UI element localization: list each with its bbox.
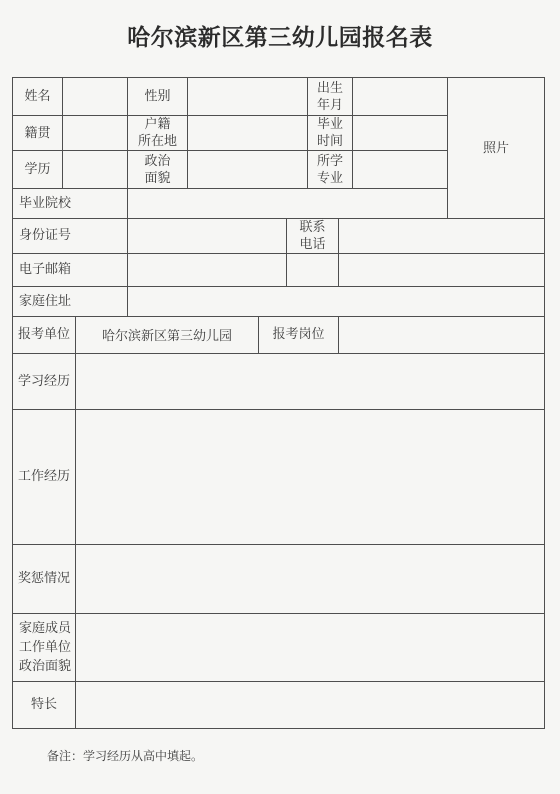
gender-value-cell[interactable] [188, 78, 308, 116]
awards-punishments-value-cell[interactable] [76, 544, 545, 613]
photo-cell[interactable]: 照片 [448, 78, 545, 219]
apply-position-value-cell[interactable] [339, 316, 545, 353]
row-name-gender-birth: 姓名 性别 出生 年月 照片 [13, 78, 545, 116]
major-label: 所学 专业 [308, 151, 353, 189]
household-location-value-cell[interactable] [188, 116, 308, 151]
graduation-school-value-cell[interactable] [128, 189, 448, 219]
id-number-value-cell[interactable] [128, 219, 287, 254]
birth-date-value-cell[interactable] [353, 78, 448, 116]
row-work-experience: 工作经历 [13, 409, 545, 544]
education-value-cell[interactable] [63, 151, 128, 189]
education-label: 学历 [13, 151, 63, 189]
contact-phone-value-cell[interactable] [339, 219, 545, 254]
email-value-cell[interactable] [128, 253, 287, 286]
contact-phone-label: 联系 电话 [287, 219, 339, 254]
specialty-label: 特长 [13, 681, 76, 728]
political-status-label: 政治 面貌 [128, 151, 188, 189]
email-label: 电子邮箱 [13, 253, 128, 286]
household-location-label: 户籍 所在地 [128, 116, 188, 151]
work-experience-label: 工作经历 [13, 409, 76, 544]
row-awards-punishments: 奖惩情况 [13, 544, 545, 613]
native-place-value-cell[interactable] [63, 116, 128, 151]
row-email: 电子邮箱 [13, 253, 545, 286]
family-members-label: 家庭成员 工作单位 政治面貌 [13, 613, 76, 681]
work-experience-value-cell[interactable] [76, 409, 545, 544]
graduation-time-value-cell[interactable] [353, 116, 448, 151]
apply-unit-value-cell: 哈尔滨新区第三幼儿园 [76, 316, 259, 353]
major-value-cell[interactable] [353, 151, 448, 189]
email-row-extra-cell-right[interactable] [339, 253, 545, 286]
form-title: 哈尔滨新区第三幼儿园报名表 [0, 0, 560, 52]
awards-punishments-label: 奖惩情况 [13, 544, 76, 613]
form-page: 哈尔滨新区第三幼儿园报名表 姓名 性别 出生 年月 照片 籍贯 户籍 所在地 毕… [0, 0, 560, 794]
family-members-value-cell[interactable] [76, 613, 545, 681]
political-status-value-cell[interactable] [188, 151, 308, 189]
row-family-members: 家庭成员 工作单位 政治面貌 [13, 613, 545, 681]
native-place-label: 籍贯 [13, 116, 63, 151]
gender-label: 性别 [128, 78, 188, 116]
study-experience-value-cell[interactable] [76, 353, 545, 409]
birth-date-label: 出生 年月 [308, 78, 353, 116]
home-address-label: 家庭住址 [13, 286, 128, 316]
apply-position-label: 报考岗位 [259, 316, 339, 353]
apply-unit-label: 报考单位 [13, 316, 76, 353]
row-home-address: 家庭住址 [13, 286, 545, 316]
footer-note: 备注：学习经历从高中填起。 [47, 747, 560, 764]
study-experience-label: 学习经历 [13, 353, 76, 409]
row-study-experience: 学习经历 [13, 353, 545, 409]
email-row-extra-cell-left[interactable] [287, 253, 339, 286]
graduation-time-label: 毕业 时间 [308, 116, 353, 151]
specialty-value-cell[interactable] [76, 681, 545, 728]
row-id-phone: 身份证号 联系 电话 [13, 219, 545, 254]
home-address-value-cell[interactable] [128, 286, 545, 316]
name-value-cell[interactable] [63, 78, 128, 116]
graduation-school-label: 毕业院校 [13, 189, 128, 219]
row-apply-unit-position: 报考单位 哈尔滨新区第三幼儿园 报考岗位 [13, 316, 545, 353]
row-specialty: 特长 [13, 681, 545, 728]
application-form-table: 姓名 性别 出生 年月 照片 籍贯 户籍 所在地 毕业 时间 学历 政治 面貌 … [12, 77, 545, 729]
name-label: 姓名 [13, 78, 63, 116]
id-number-label: 身份证号 [13, 219, 128, 254]
